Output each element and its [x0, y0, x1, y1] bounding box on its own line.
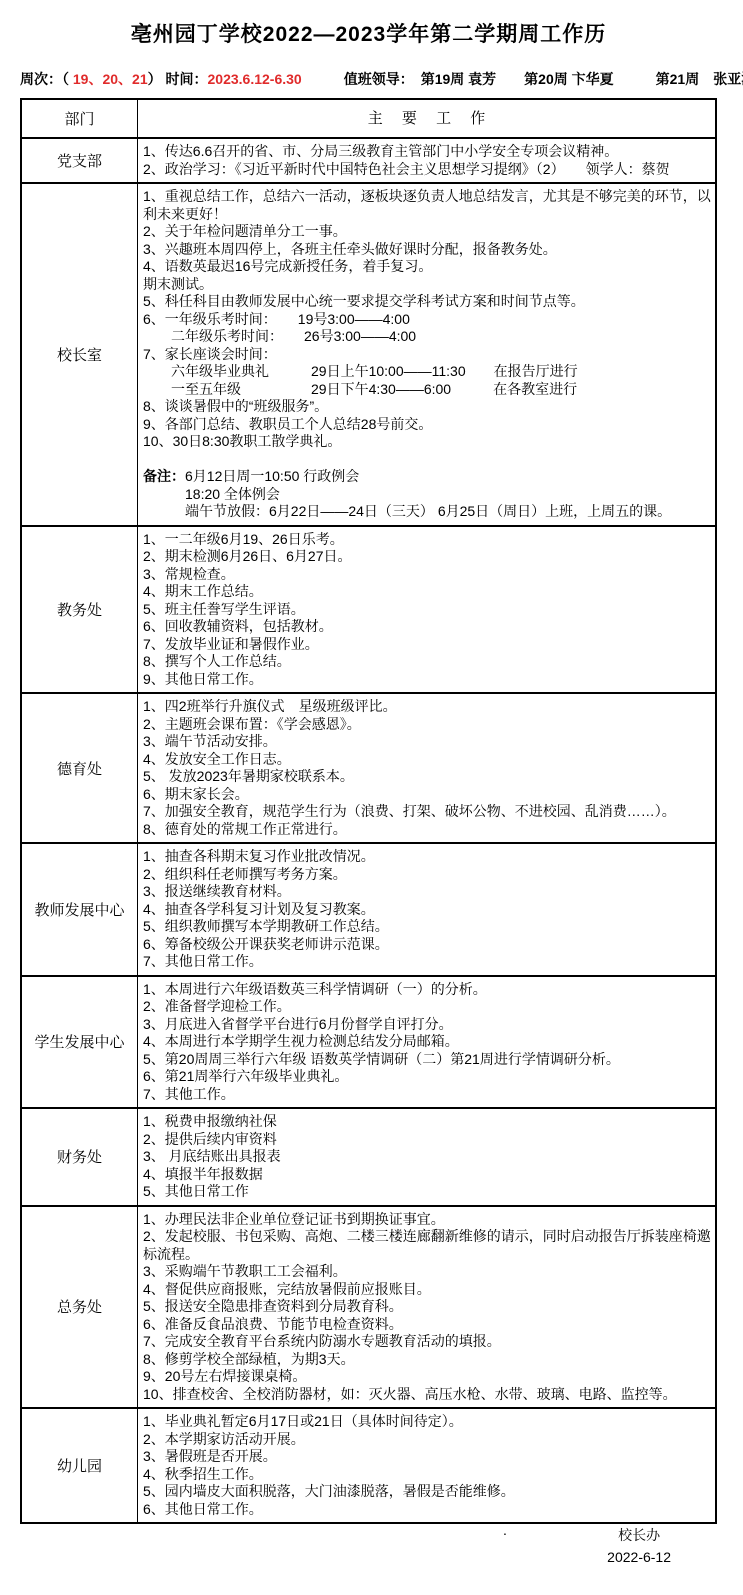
- work-line: 1、办理民法非企业单位登记证书到期换证事宜。: [143, 1211, 711, 1229]
- work-line: 5、其他日常工作: [143, 1183, 711, 1201]
- work-line: 6、筹备校级公开课获奖老师讲示范课。: [143, 936, 711, 954]
- work-line: 2、准备督学迎检工作。: [143, 998, 711, 1016]
- work-line: 利未来更好！: [143, 206, 711, 224]
- work-cell: 1、税费申报缴纳社保2、提供后续内审资料3、 月底结账出具报表4、填报半年报数据…: [138, 1109, 715, 1205]
- info-highlight-text: 19、20、21: [73, 71, 148, 87]
- work-line: 5、第20周周三举行六年级 语数英学情调研（二）第21周进行学情调研分析。: [143, 1051, 711, 1069]
- work-line: 一至五年级 29日下午4:30——6:00 在各教室进行: [143, 381, 711, 399]
- work-line: 6、准备反食品浪费、节能节电检查资料。: [143, 1316, 711, 1334]
- work-line: 1、重视总结工作，总结六一活动，逐板块逐负责人地总结发言，尤其是不够完美的环节，…: [143, 188, 711, 206]
- work-line: 7、加强安全教育，规范学生行为（浪费、打架、破坏公物、不进校园、乱消费……）。: [143, 803, 711, 821]
- info-line: 周次：（ 19、20、21） 时间：2023.6.12-6.30 值班领导： 第…: [20, 70, 717, 88]
- work-line: 3、端午节活动安排。: [143, 733, 711, 751]
- signature-office: 校长办: [607, 1524, 671, 1546]
- work-line: 4、语数英最迟16号完成新授任务，着手复习。: [143, 258, 711, 276]
- work-line: 3、报送继续教育材料。: [143, 883, 711, 901]
- info-text: ） 时间：: [148, 71, 208, 87]
- table-header-row: 部门 主 要 工 作: [22, 100, 715, 137]
- work-line: 4、秋季招生工作。: [143, 1466, 711, 1484]
- department-cell: 德育处: [22, 694, 138, 842]
- work-cell: 1、一二年级6月19、26日乐考。2、期末检测6月26日、6月27日。3、常规检…: [138, 527, 715, 693]
- work-line: 4、期末工作总结。: [143, 583, 711, 601]
- work-line: 10、排查校舍、全校消防器材，如：灭火器、高压水枪、水带、玻璃、电路、监控等。: [143, 1386, 711, 1404]
- work-line: 1、抽查各科期末复习作业批改情况。: [143, 848, 711, 866]
- work-line: 5、组织教师撰写本学期教研工作总结。: [143, 918, 711, 936]
- department-cell: 学生发展中心: [22, 977, 138, 1108]
- work-line: 1、税费申报缴纳社保: [143, 1113, 711, 1131]
- work-table: 部门 主 要 工 作 党支部1、传达6.6召开的省、市、分局三级教育主管部门中小…: [20, 98, 717, 1524]
- work-line: 7、其他工作。: [143, 1086, 711, 1104]
- work-line: 5、园内墙皮大面积脱落，大门油漆脱落，暑假是否能维修。: [143, 1483, 711, 1501]
- work-line: 5、 发放2023年暑期家校联系本。: [143, 768, 711, 786]
- work-line: 4、填报半年报数据: [143, 1166, 711, 1184]
- work-line: 3、常规检查。: [143, 566, 711, 584]
- work-line: 7、其他日常工作。: [143, 953, 711, 971]
- work-line: 6、其他日常工作。: [143, 1501, 711, 1519]
- work-cell: 1、传达6.6召开的省、市、分局三级教育主管部门中小学安全专项会议精神。2、政治…: [138, 139, 715, 182]
- work-cell: 1、四2班举行升旗仪式 星级班级评比。2、主题班会课布置：《学会感恩》。3、端午…: [138, 694, 715, 842]
- table-row: 教务处1、一二年级6月19、26日乐考。2、期末检测6月26日、6月27日。3、…: [22, 525, 715, 693]
- department-cell: 教师发展中心: [22, 844, 138, 975]
- work-line: 3、 月底结账出具报表: [143, 1148, 711, 1166]
- work-line: 4、本周进行本学期学生视力检测总结发分局邮箱。: [143, 1033, 711, 1051]
- work-line: 4、抽查各学科复习计划及复习教案。: [143, 901, 711, 919]
- work-line: 8、撰写个人工作总结。: [143, 653, 711, 671]
- work-line: 1、毕业典礼暂定6月17日或21日（具体时间待定）。: [143, 1413, 711, 1431]
- work-line: 7、家长座谈会时间：: [143, 346, 711, 364]
- work-line: 6、第21周举行六年级毕业典礼。: [143, 1068, 711, 1086]
- stray-dot: .: [503, 1522, 507, 1538]
- work-line: 8、德育处的常规工作正常进行。: [143, 821, 711, 839]
- work-line: 3、暑假班是否开展。: [143, 1448, 711, 1466]
- department-cell: 党支部: [22, 139, 138, 182]
- work-cell: 1、重视总结工作，总结六一活动，逐板块逐负责人地总结发言，尤其是不够完美的环节，…: [138, 184, 715, 525]
- work-line: 7、完成安全教育平台系统内防溺水专题教育活动的填报。: [143, 1333, 711, 1351]
- department-cell: 幼儿园: [22, 1409, 138, 1522]
- work-line: 2、关于年检问题清单分工一事。: [143, 223, 711, 241]
- work-line: 1、四2班举行升旗仪式 星级班级评比。: [143, 698, 711, 716]
- signature-block: 校长办 2022-6-12: [607, 1524, 671, 1568]
- work-line: 9、其他日常工作。: [143, 671, 711, 689]
- work-line: 8、修剪学校全部绿植，为期3天。: [143, 1351, 711, 1369]
- table-row: 总务处1、办理民法非企业单位登记证书到期换证事宜。2、发起校服、书包采购、高炮、…: [22, 1205, 715, 1408]
- work-line: 2、发起校服、书包采购、高炮、二楼三楼连廊翻新维修的请示，同时启动报告厅拆装座椅…: [143, 1228, 711, 1246]
- work-line: 6、一年级乐考时间： 19号3:00——4:00: [143, 311, 711, 329]
- work-line: 8、谈谈暑假中的“班级服务”。: [143, 398, 711, 416]
- work-line: 9、20号左右焊接课桌椅。: [143, 1368, 711, 1386]
- work-line: 2、主题班会课布置：《学会感恩》。: [143, 716, 711, 734]
- info-text: 值班领导： 第19周 袁芳 第20周 卞华夏 第21周 张亚洲: [302, 71, 743, 87]
- page-title: 亳州园丁学校2022—2023学年第二学期周工作历: [20, 18, 717, 48]
- work-line: 7、发放毕业证和暑假作业。: [143, 636, 711, 654]
- work-line: 2、期末检测6月26日、6月27日。: [143, 548, 711, 566]
- work-line: 期末测试。: [143, 276, 711, 294]
- work-line: 10、30日8:30教职工散学典礼。: [143, 433, 711, 451]
- info-text: 周次：（: [20, 71, 73, 87]
- table-row: 德育处1、四2班举行升旗仪式 星级班级评比。2、主题班会课布置：《学会感恩》。3…: [22, 692, 715, 842]
- work-line: 5、科任科目由教师发展中心统一要求提交学科考试方案和时间节点等。: [143, 293, 711, 311]
- info-highlight-text: 2023.6.12-6.30: [208, 71, 302, 87]
- work-line: 1、传达6.6召开的省、市、分局三级教育主管部门中小学安全专项会议精神。: [143, 143, 711, 161]
- note-label: 备注：: [143, 468, 185, 484]
- work-line: 2、本学期家访活动开展。: [143, 1431, 711, 1449]
- work-line: 4、发放安全工作日志。: [143, 751, 711, 769]
- work-line: 3、采购端午节教职工工会福利。: [143, 1263, 711, 1281]
- work-line: 3、月底进入省督学平台进行6月份督学自评打分。: [143, 1016, 711, 1034]
- main-work-header: 主 要 工 作: [138, 100, 715, 137]
- work-line: 备注：6月12日周一10:50 行政例会: [143, 468, 711, 486]
- work-line: 5、班主任誊写学生评语。: [143, 601, 711, 619]
- work-line: 4、督促供应商报账，完结放暑假前应报账目。: [143, 1281, 711, 1299]
- table-row: 幼儿园1、毕业典礼暂定6月17日或21日（具体时间待定）。2、本学期家访活动开展…: [22, 1407, 715, 1522]
- work-line: 18:20 全体例会: [143, 486, 711, 504]
- work-line: 2、组织科任老师撰写考务方案。: [143, 866, 711, 884]
- work-cell: 1、办理民法非企业单位登记证书到期换证事宜。2、发起校服、书包采购、高炮、二楼三…: [138, 1207, 715, 1408]
- work-line: 1、一二年级6月19、26日乐考。: [143, 531, 711, 549]
- department-cell: 财务处: [22, 1109, 138, 1205]
- table-row: 教师发展中心1、抽查各科期末复习作业批改情况。2、组织科任老师撰写考务方案。3、…: [22, 842, 715, 975]
- table-row: 校长室1、重视总结工作，总结六一活动，逐板块逐负责人地总结发言，尤其是不够完美的…: [22, 182, 715, 525]
- department-cell: 总务处: [22, 1207, 138, 1408]
- work-line: 3、兴趣班本周四停上，各班主任牵头做好课时分配，报备教务处。: [143, 241, 711, 259]
- work-line: 1、本周进行六年级语数英三科学情调研（一）的分析。: [143, 981, 711, 999]
- work-line: 端午节放假：6月22日——24日（三天） 6月25日（周日）上班，上周五的课。: [143, 503, 711, 521]
- work-line: 2、提供后续内审资料: [143, 1131, 711, 1149]
- document-page: 亳州园丁学校2022—2023学年第二学期周工作历 周次：（ 19、20、21）…: [0, 0, 743, 1595]
- table-row: 学生发展中心1、本周进行六年级语数英三科学情调研（一）的分析。2、准备督学迎检工…: [22, 975, 715, 1108]
- work-line: 标流程。: [143, 1246, 711, 1264]
- signature-date: 2022-6-12: [607, 1546, 671, 1568]
- table-row: 财务处1、税费申报缴纳社保2、提供后续内审资料3、 月底结账出具报表4、填报半年…: [22, 1107, 715, 1205]
- work-line: 二年级乐考时间： 26号3:00——4:00: [143, 328, 711, 346]
- work-line: 6、回收教辅资料，包括教材。: [143, 618, 711, 636]
- work-line: 9、各部门总结、教职员工个人总结28号前交。: [143, 416, 711, 434]
- work-line: 六年级毕业典礼 29日上午10:00——11:30 在报告厅进行: [143, 363, 711, 381]
- work-line: 5、报送安全隐患排查资料到分局教育科。: [143, 1298, 711, 1316]
- work-cell: 1、毕业典礼暂定6月17日或21日（具体时间待定）。2、本学期家访活动开展。3、…: [138, 1409, 715, 1522]
- department-cell: 教务处: [22, 527, 138, 693]
- department-cell: 校长室: [22, 184, 138, 525]
- work-line: [143, 451, 711, 469]
- work-cell: 1、抽查各科期末复习作业批改情况。2、组织科任老师撰写考务方案。3、报送继续教育…: [138, 844, 715, 975]
- work-line: 6、期末家长会。: [143, 786, 711, 804]
- table-row: 党支部1、传达6.6召开的省、市、分局三级教育主管部门中小学安全专项会议精神。2…: [22, 137, 715, 182]
- work-line: 2、政治学习：《习近平新时代中国特色社会主义思想学习提纲》（2） 领学人：蔡贺: [143, 161, 711, 179]
- department-header: 部门: [22, 100, 138, 137]
- work-cell: 1、本周进行六年级语数英三科学情调研（一）的分析。2、准备督学迎检工作。3、月底…: [138, 977, 715, 1108]
